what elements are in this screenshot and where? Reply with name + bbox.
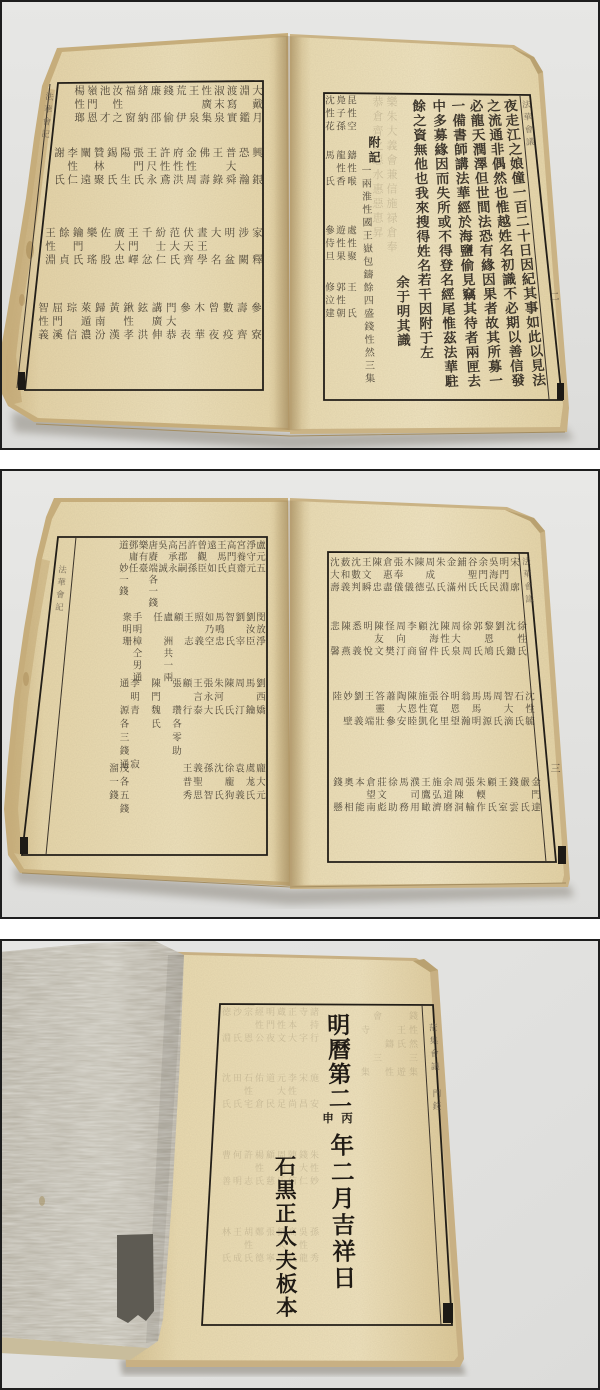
name-list-band: 鑄性喉 龍性香 馬 氏 [323, 150, 356, 189]
page-number: 二 [546, 291, 558, 301]
donor-list-band: 龐大元 虞尨氏 袁 義 徐龐狗 沈 氏 孫 智 義聖思 王普秀 茂各五錢 溜一錢 [107, 763, 265, 817]
fishtail-mark [557, 383, 564, 400]
name-list-band: 昆性空 鳧子孫 沈性花 [323, 95, 356, 134]
bleed-through-text: 諸持行 寺 字 正本大 蔵性文 明門夜 經性公 宗 恩 沙 氏 徳 淵 [219, 1007, 318, 1046]
bleed-through-text: 朱性妙 錢大仁 陳 信 周門氏 顧 慈 楊性氏 許 志 何 明 曹 善 [219, 1150, 318, 1189]
photo-panel-open-book-donor-lists: 盧元五 淨守元 宮養齋 高門貞 王馬氏 遠 如 曾觀臣 許 孫 呂郡嗣 高承永 … [0, 469, 600, 919]
fold-margin-subtitle: 門錢 [430, 1089, 441, 1114]
bleed-through-text: 孫 秀 吳性龍 高 氏 劉大宗 張 寧 鄭 德 胡性氏 王 成 林 氏 [219, 1227, 318, 1266]
panel-2-canvas: 盧元五 淨守元 宮養齋 高門貞 王馬氏 遠 如 曾觀臣 許 孫 呂郡嗣 高承永 … [0, 469, 600, 919]
photo-panel-open-book-postscript: 大戴月 淵 鑑 渡寫實 淑末泉 性廣集 王 泉 荒 伊 錢 偷 廉 邵 緒 納 … [0, 0, 600, 450]
photo-panel-colophon-page: 諸持行 寺 字 正本大 蔵性文 明門夜 經性公 宗 恩 沙 氏 徳 淵 施 安 … [0, 939, 600, 1390]
donor-list-band: 徐性氏 沈 鋤 劉 氏 黎恩鳩 郭 氏 徐 周 周大泉 陳性氏 沈海件 顧 留 … [328, 621, 526, 659]
name-list-band: 王 氏 郭性朝 修泣建 [323, 282, 356, 321]
donor-list-band: 興 銀 恐 瀚 普大舜 王 錄 佛 壽 金性周 府性洪 許性鳶 王尺永 張門氏 … [52, 147, 263, 188]
cover-dark-patch [117, 1234, 154, 1323]
bleed-through-text: 錢性然三集 王氏 遊 鑄 性 會 三 寺 集 [358, 1011, 418, 1081]
donor-list-band: 參 寮 壽 齊 數 疫 曾 夜 木 華 參 表 門大恭 講廣伸 鉉 洪 鍬性孝 … [36, 302, 263, 343]
appendix-heading: 附記 [367, 136, 381, 166]
foxing-stain [39, 1196, 45, 1206]
donor-list-band: 沈性毓 石 氏 智大滴 周 氏 馬 源 馬馬明 翁 瀚 明恩望 谷 里 張寬化 … [330, 691, 533, 729]
fishtail-mark [20, 837, 28, 854]
donor-list-band: 劉西嬌 馬 鑰 周 汀 陳 氏 朱河氏 張永大 王言泰 顧 行 張 瓚各零助 陳… [117, 678, 264, 773]
fishtail-mark [443, 1303, 453, 1323]
spine-shadow [274, 500, 304, 887]
panel-1-canvas: 大戴月 淵 鑑 渡寫實 淑末泉 性廣集 王 泉 荒 伊 錢 偷 廉 邵 緒 納 … [0, 0, 600, 450]
donor-list-band: 家 釋 涉 闕 明 盆 大 名 晝王學 伏天齊 范大氏 紛士仁 千 忿 王門嶧 … [42, 227, 263, 268]
donor-list-band: 盧元五 淨守元 宮養齋 高門貞 王馬氏 遠 如 曾觀臣 許 孫 呂郡嗣 高承永 … [117, 540, 264, 609]
spine-shadow [274, 35, 302, 431]
donor-list-band: 金門達 嚴 氏 錢 雲 王 室 顧 氏 朱輭作 張 輸 周陳洞 余道磨 施弘濟 … [331, 777, 540, 815]
donor-list-band: 閔放淨 劉汝臣 劉 宰 智 氏 馬鳴忠 如乃空 照 義 王 志 顧 盧 洲共一兩… [120, 612, 264, 684]
foxing-stain [19, 294, 25, 306]
donor-list-band: 大戴月 淵 鑑 渡寫實 淑末泉 性廣集 王 泉 荒 伊 錢 偷 廉 邵 緒 納 … [72, 85, 263, 126]
bleed-through-text: 樂朱大義會兼信施禄倉奉 恭倉齊之惡水惠惡恵昇 [370, 96, 398, 256]
foxing-stain [23, 672, 29, 686]
donor-list-band: 宋 廓 明門淵 吳海民 余門氏 谷聖氏 鋪 州 金 滿 朱 氏 周成弘 陳 德 … [327, 557, 518, 595]
fishtail-mark [18, 372, 25, 390]
bleed-through-text: 施 安 宋 昌 李性尚 元大足 道 民 佑 倉 石性宅 田 氏 沈 氏 [219, 1073, 318, 1112]
author-signature: 余于明其識 [393, 275, 410, 348]
page-number: 三 [547, 763, 559, 773]
fishtail-mark [558, 846, 566, 864]
panel-3-canvas: 諸持行 寺 字 正本大 蔵性文 明門夜 經性公 宗 恩 沙 氏 徳 淵 施 安 … [0, 939, 600, 1390]
colophon-cyclical-year: 丙 申 [318, 1112, 356, 1124]
colophon-publisher: 石黒正太夫板本 [270, 1155, 297, 1320]
colophon-era: 明曆第二 [323, 1013, 351, 1112]
name-list-band: 處性聚 遊性果 參侍旦 [323, 225, 356, 264]
colophon-date: 年二月吉祥日 [327, 1133, 356, 1292]
